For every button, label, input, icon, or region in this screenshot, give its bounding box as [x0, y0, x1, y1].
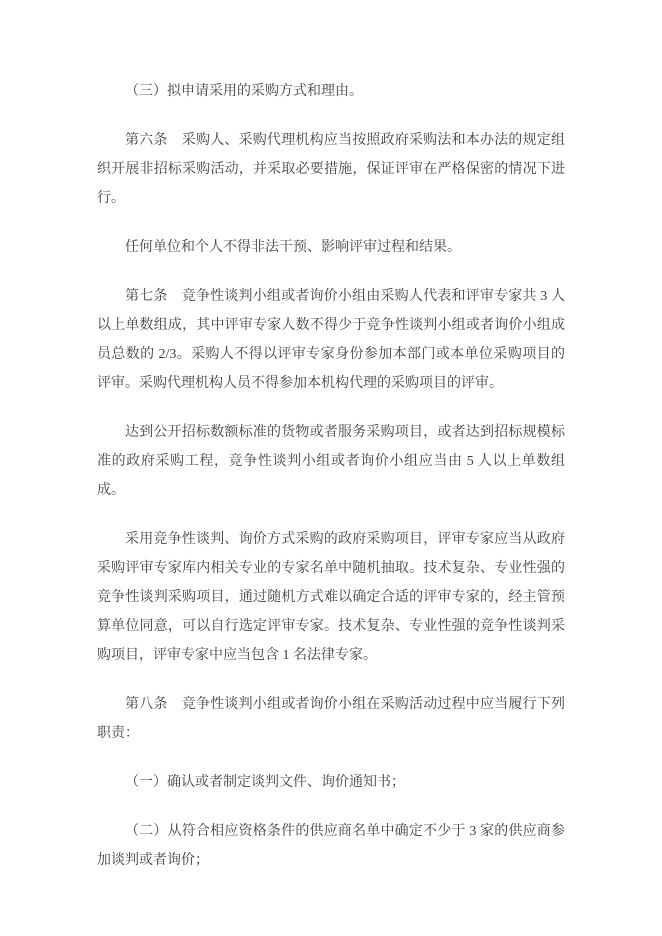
paragraph-open-tender-threshold: 达到公开招标数额标准的货物或者服务采购项目，或者达到招标规模标准的政府采购工程，… — [97, 418, 565, 505]
paragraph-duty-item-2: （二）从符合相应资格条件的供应商名单中确定不少于 3 家的供应商参加谈判或者询价… — [97, 817, 565, 875]
paragraph-article-6: 第六条 采购人、采购代理机构应当按照政府采购法和本办法的规定组织开展非招标采购活… — [97, 126, 565, 213]
paragraph-article-8: 第八条 竞争性谈判小组或者询价小组在采购活动过程中应当履行下列职责： — [97, 690, 565, 748]
paragraph-expert-selection: 采用竞争性谈判、询价方式采购的政府采购项目，评审专家应当从政府采购评审专家库内相… — [97, 525, 565, 670]
document-page: （三）拟申请采用的采购方式和理由。 第六条 采购人、采购代理机构应当按照政府采购… — [0, 0, 662, 936]
paragraph-article-7: 第七条 竞争性谈判小组或者询价小组由采购人代表和评审专家共 3 人以上单数组成，… — [97, 282, 565, 398]
paragraph-no-interference: 任何单位和个人不得非法干预、影响评审过程和结果。 — [97, 233, 565, 262]
paragraph-subitem-3-procurement-method: （三）拟申请采用的采购方式和理由。 — [97, 77, 565, 106]
document-body: （三）拟申请采用的采购方式和理由。 第六条 采购人、采购代理机构应当按照政府采购… — [0, 0, 662, 875]
paragraph-duty-item-1: （一）确认或者制定谈判文件、询价通知书； — [97, 768, 565, 797]
